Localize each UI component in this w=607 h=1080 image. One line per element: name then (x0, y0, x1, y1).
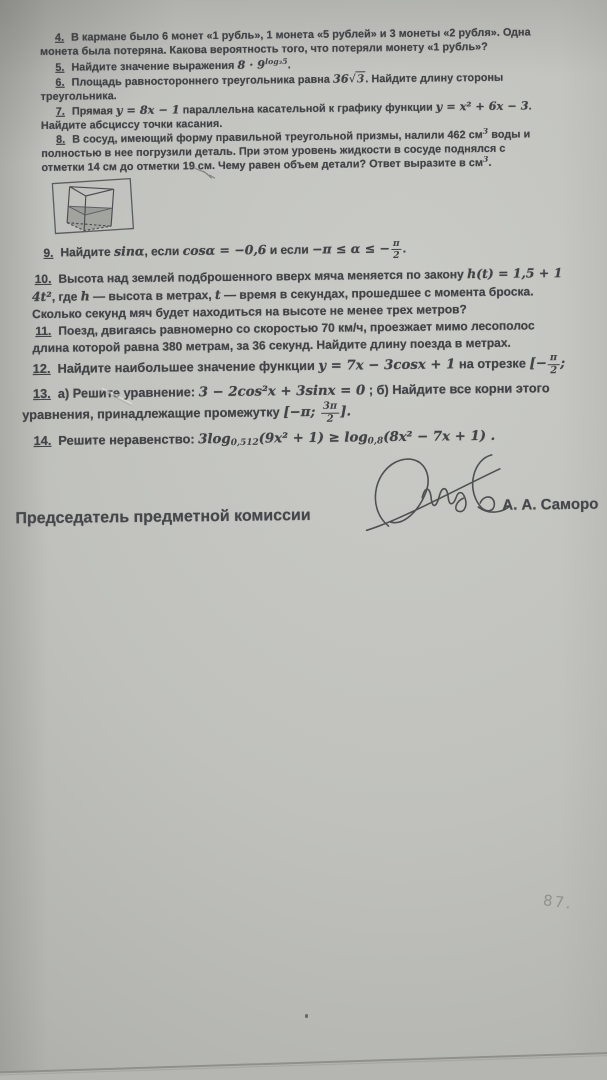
math-expression: y = 8x − 1 (116, 102, 180, 117)
task-text: Высота над землей подброшенного вверх мя… (58, 267, 467, 286)
fraction-numerator: π (548, 353, 559, 365)
math-expression: 3log (198, 432, 231, 447)
math-expression: h (81, 288, 90, 303)
fraction: 3π2 (321, 402, 339, 425)
math-expression: 8 · 9 (237, 57, 265, 71)
task-number: 12. (33, 361, 51, 376)
superscript: log₃5 (265, 57, 288, 66)
task-item-9: 9.Найдите sinα, если cosα = −0,6 и если … (30, 236, 607, 265)
task-text: , если (144, 244, 182, 258)
fraction-denominator: 2 (321, 414, 339, 425)
fraction-numerator: 3π (321, 402, 339, 414)
task-text: . (403, 241, 407, 255)
task-text: . (288, 59, 291, 71)
task-text: уравнения, принадлежащие промежутку (22, 404, 283, 422)
math-expression: y = x² + 6x − 3 (436, 98, 529, 113)
task-text: воды и (488, 128, 530, 140)
worksheet-content: 4.В кармане было 6 монет «1 рубль», 1 мо… (0, 0, 607, 1080)
task-number: 10. (35, 272, 52, 286)
task-text: треугольника. (41, 90, 117, 103)
task-number: 11. (35, 324, 51, 338)
task-text: Решите неравенство: (58, 431, 198, 448)
task-line: 12.Найдите наибольшее значение функции y… (33, 352, 607, 382)
math-expression: 4t² (32, 289, 52, 304)
task-text: ; б) Найдите все корни этого (365, 380, 550, 397)
fraction-denominator: 2 (391, 250, 402, 260)
task-text: Найдите наибольшее значение функции (57, 358, 318, 376)
math-expression: 3 − 2cos²x + 3sinx = 0 (199, 383, 366, 400)
task-text: параллельна касательной к графику функци… (180, 102, 436, 117)
faint-pencil-mark: 87. (542, 891, 574, 913)
math-expression: 36 (333, 72, 349, 86)
paper-bottom-edge (0, 1042, 607, 1080)
fraction-denominator: 2 (548, 365, 559, 376)
fraction: π2 (391, 239, 402, 261)
fraction-numerator: π (391, 239, 402, 250)
math-expression: (8x² − 7x + 1) . (383, 429, 495, 445)
task-line: 9.Найдите sinα, если cosα = −0,6 и если … (43, 236, 607, 265)
task-text: Найдите значение выражения (71, 60, 237, 74)
task-number: 13. (33, 386, 51, 401)
task-text: — время в секундах, прошедшее с момента … (221, 284, 534, 302)
task-text: а) Решите уравнение: (58, 384, 199, 401)
triangular-prism-with-water-sketch (52, 172, 607, 240)
math-expression: h(t) = 1,5 + 1 (467, 265, 562, 281)
task-text: . Найдите длину стороны (365, 72, 503, 86)
pencil-scribble (191, 164, 227, 184)
task-number: 14. (33, 433, 51, 448)
radicand: 3 (356, 71, 366, 85)
math-expression: −π ≤ α ≤ − (312, 241, 390, 257)
square-root: √3 (349, 71, 366, 85)
photographed-worksheet-page: 4.В кармане было 6 монет «1 рубль», 1 мо… (0, 0, 607, 1080)
fraction: π2 (548, 353, 560, 376)
handwritten-signature (360, 447, 521, 549)
task-text: . (529, 100, 532, 112)
task-number: 7. (56, 106, 65, 118)
task-number: 8. (56, 134, 65, 146)
task-text: , где (52, 289, 81, 303)
task-text: на отрезке (455, 355, 529, 371)
task-number: 4. (55, 32, 64, 44)
signatory-name: А. А. Саморо (502, 496, 598, 514)
task-item-10: 10.Высота над землей подброшенного вверх… (31, 263, 607, 323)
task-item-11: 11.Поезд, двигаясь равномерно со скорост… (31, 316, 607, 357)
math-expression: y = 7x − 3cosx + 1 (318, 357, 455, 374)
signature-caption: Председатель предметной комиссии (15, 507, 310, 528)
ink-dot (305, 1014, 308, 1018)
task-text: Найдите (60, 245, 114, 260)
task-text: Найдите абсциссу точки касания. (41, 118, 223, 132)
task-item-13: 13.а) Решите уравнение: 3 − 2cos²x + 3si… (32, 377, 607, 428)
task-item-8: 8.В сосуд, имеющий форму правильной треу… (29, 126, 607, 175)
math-expression: cosα = −0,6 (183, 242, 267, 258)
task-text: и если (266, 242, 312, 257)
task-number: 6. (55, 77, 64, 89)
task-text: отметки 14 см до отметки 19 см. Чему рав… (41, 157, 483, 174)
math-expression: sinα (114, 243, 145, 258)
task-number: 9. (43, 245, 53, 259)
task-list: 4.В кармане было 6 монет «1 рубль», 1 мо… (28, 24, 607, 452)
task-text: длина которой равна 380 метрам, за 36 се… (32, 335, 510, 354)
task-text: — высота в метрах, (90, 288, 215, 303)
task-item-14: 14.Решите неравенство: 3log0,512(9x² + 1… (32, 424, 607, 452)
task-number: 5. (55, 62, 64, 74)
math-expression: [− (529, 356, 547, 371)
task-text: Прямая (72, 105, 116, 117)
math-expression: (9x² + 1) ≥ log (259, 430, 368, 446)
subscript: 0,512 (231, 438, 259, 448)
math-expression: [−π; (283, 405, 320, 420)
task-text: Площадь равностороннего треугольника рав… (72, 74, 333, 89)
math-expression: ]. (340, 404, 351, 419)
task-text: . (488, 157, 491, 169)
task-line: 14.Решите неравенство: 3log0,512(9x² + 1… (33, 424, 607, 452)
subscript: 0,8 (368, 436, 384, 446)
math-expression: ; (560, 356, 565, 371)
